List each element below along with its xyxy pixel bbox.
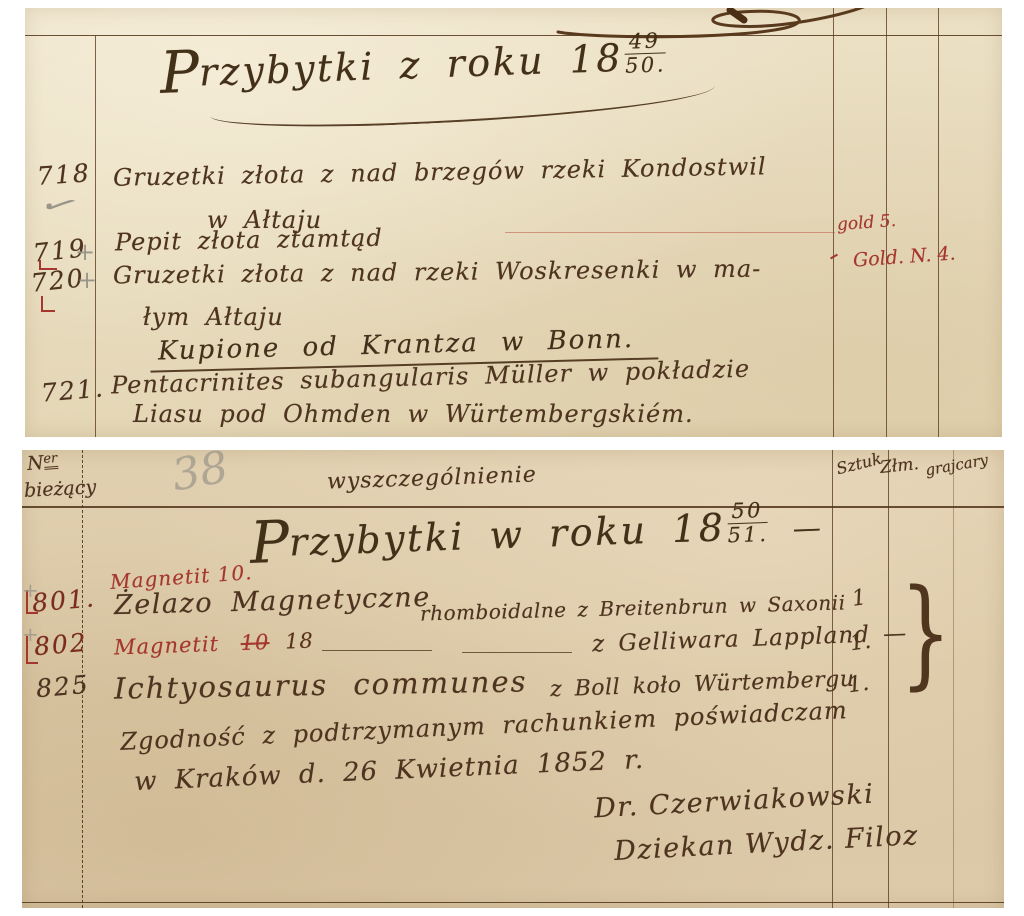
margin-note-gold5: gold 5. [836,211,896,235]
pencil-plus-mark: + [22,578,39,602]
ledger-panel-1849-50: Przybytki z roku 184950. 718 ✓ Gruzetki … [25,8,1002,437]
entry-species: Ichtyosaurus communes [114,664,528,705]
entry-quantity: 1. [846,671,870,699]
title-dash: — [792,511,824,545]
fill-dash-2 [462,652,572,653]
certification-line1: Zgodność z podtrzymanym rachunkiem poświ… [120,696,848,756]
entry-text: Gruzetki złota z nad brzegów rzeki Kondo… [113,152,767,191]
header-pieces-column: Sztuk [834,450,883,478]
pencil-plus-mark: + [22,622,39,646]
signature-title: Dziekan Wydz. Filoz [613,820,919,867]
pencil-plus-mark: + [75,238,95,266]
red-margin-rule [505,232,835,233]
fill-dash-1 [322,650,432,651]
entry-number: 802 [33,628,89,662]
entry-detail: rhomboidalne z Breitenbrun w Saxonii [420,590,846,625]
header-description-column: wyszczególnienie [327,462,538,494]
entry-number: 718 [36,158,92,191]
header-number-column: Ner [26,451,58,475]
header-ner-n: N [26,452,44,475]
panel1-right-rule-3 [938,8,939,437]
panel1-right-rule-1 [833,8,834,437]
panel2-title: Przybytki w roku 185051. — [249,498,824,566]
title-year-fraction: 4950. [624,30,666,76]
entry-number: 825 [35,670,91,704]
red-new-value: 18 [285,629,315,654]
header-number-column-line2: bieżący [23,476,96,502]
margin-note-goldN4: Gold. N. 4. [852,242,956,271]
panel2-right-rule-3 [953,450,954,908]
entry-text: Gruzetki złota z nad rzeki Woskresenki w… [113,255,762,290]
header-ner-sup: er [43,451,58,470]
entry-quantity: 1. [848,629,872,657]
pencil-check-mark: ✓ [35,186,77,223]
red-L-mark [41,296,55,312]
entry-text: Pepit złota ztamtąd [115,224,383,257]
entry-number: 721. [40,373,106,407]
grouping-brace: } [900,565,951,702]
title-initial: P [249,508,290,577]
entry-text-cont: Liasu pod Ohmden w Würtembergskiém. [133,400,694,428]
ledger-panel-1850-51: Ner bieżący 38 wyszczególnienie Sztuk Zł… [22,450,1004,908]
entry-quantity: 1 [850,585,867,612]
certification-line2: w Kraków d. 26 Kwietnia 1852 r. [134,745,645,797]
entry-red-label: Magnetit 10 18 [114,629,315,660]
entry-text-cont: łym Ałtaju [143,303,284,331]
panel2-header-rule [22,506,1004,508]
red-struck-value: 10 [240,630,270,655]
header-gr-column: grajcary [924,451,990,480]
scanned-ledger-page: { "panel1": { "title": {"prefix": "rzyby… [0,0,1024,916]
header-zl-column: Złm. [879,454,920,478]
red-tick-mark [830,254,842,267]
page-number-pencil: 38 [168,450,232,501]
pencil-plus-mark: + [77,266,97,294]
red-label-text: Magnetit [114,632,220,660]
title-initial: P [159,38,200,107]
title-year-fraction: 5051. [726,500,768,546]
panel2-bottom-rule [22,902,1004,903]
title-text: rzybytki w roku 18 [288,505,726,564]
entry-number: 801. [31,583,97,617]
